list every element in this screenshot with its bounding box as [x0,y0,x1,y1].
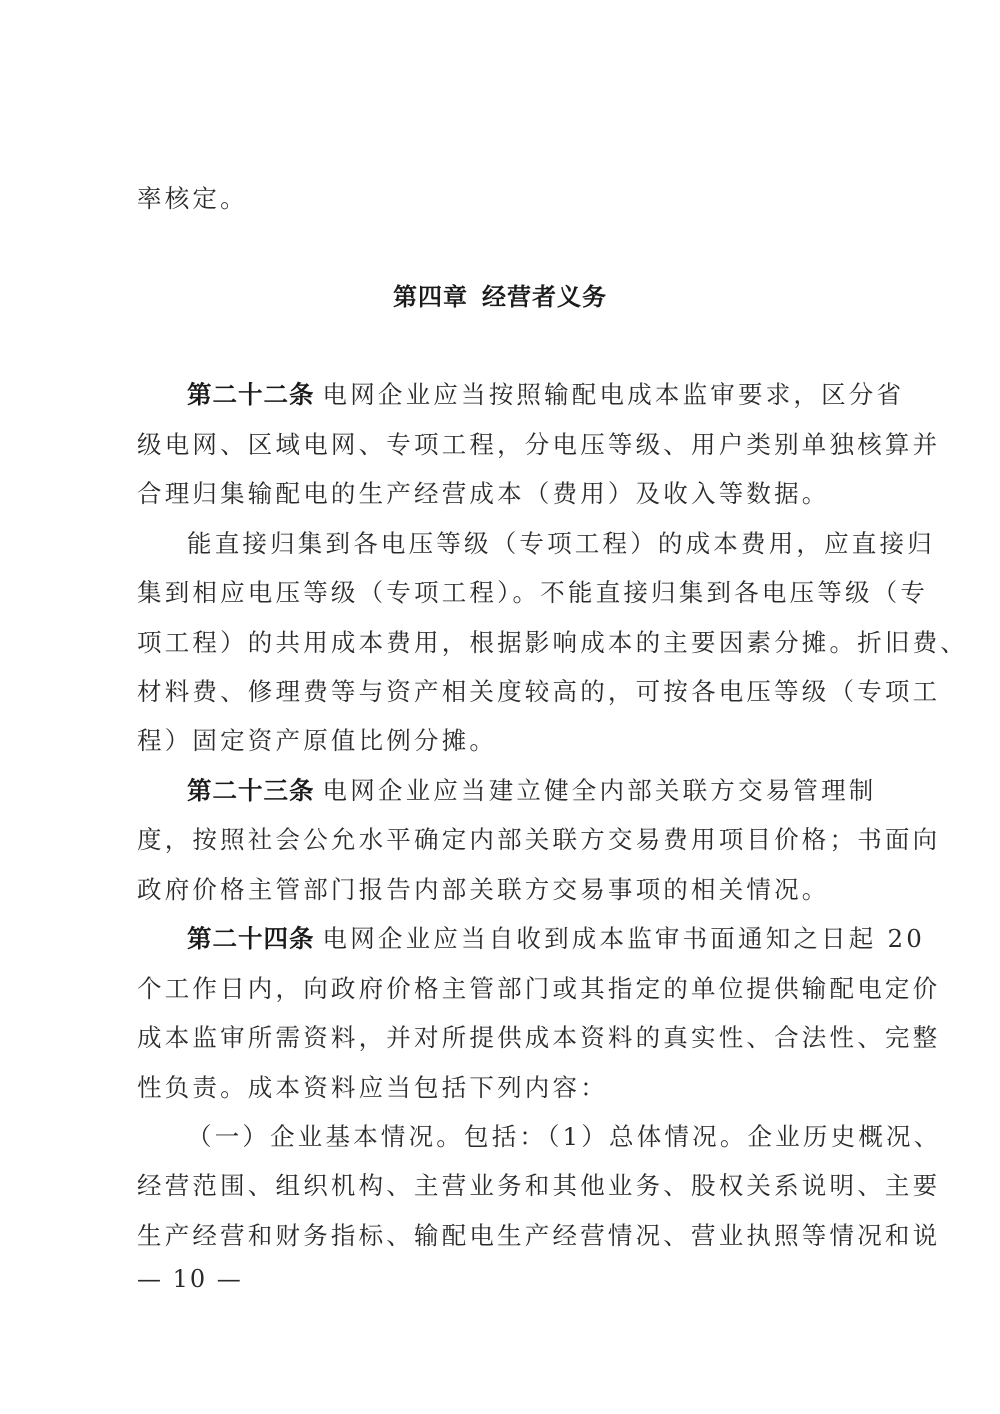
article-24-line-4: 性负责。成本资料应当包括下列内容： [137,1073,867,1103]
article-22-line-2: 级电网、区域电网、专项工程，分电压等级、用户类别单独核算并 [137,430,867,460]
article-24-line-1: 第二十四条电网企业应当自收到成本监审书面通知之日起 20 [187,924,867,954]
paragraph-line-2: 集到相应电压等级（专项工程）。不能直接归集到各电压等级（专 [137,578,867,608]
document-page: 率核定。 第四章经营者义务 第二十二条电网企业应当按照输配电成本监审要求，区分省… [0,0,1000,1414]
chapter-title: 第四章经营者义务 [0,282,1000,312]
paragraph-line-3: 项工程）的共用成本费用，根据影响成本的主要因素分摊。折旧费、 [137,628,867,658]
article-23-line-1: 第二十三条电网企业应当建立健全内部关联方交易管理制 [187,776,867,806]
article-text: 电网企业应当建立健全内部关联方交易管理制 [323,776,877,805]
article-text: 电网企业应当按照输配电成本监审要求，区分省 [323,380,905,409]
paragraph-line-4: 材料费、修理费等与资产相关度较高的，可按各电压等级（专项工 [137,677,867,707]
paragraph-line-5: 程）固定资产原值比例分摊。 [137,726,867,756]
article-22-line-3: 合理归集输配电的生产经营成本（费用）及收入等数据。 [137,479,867,509]
article-heading: 第二十二条 [187,380,315,409]
item-1-line-1: （一）企业基本情况。包括：（1）总体情况。企业历史概况、 [187,1122,867,1152]
page-number: — 10 — [137,1264,243,1294]
article-22-line-1: 第二十二条电网企业应当按照输配电成本监审要求，区分省 [187,380,867,410]
article-text: 电网企业应当自收到成本监审书面通知之日起 20 [323,924,926,953]
article-24-line-3: 成本监审所需资料，并对所提供成本资料的真实性、合法性、完整 [137,1023,867,1053]
paragraph-line-1: 能直接归集到各电压等级（专项工程）的成本费用，应直接归 [187,529,867,559]
article-heading: 第二十三条 [187,776,315,805]
article-heading: 第二十四条 [187,924,315,953]
chapter-number: 第四章 [393,283,468,311]
article-24-line-2: 个工作日内，向政府价格主管部门或其指定的单位提供输配电定价 [137,974,867,1004]
article-23-line-3: 政府价格主管部门报告内部关联方交易事项的相关情况。 [137,875,867,905]
chapter-name: 经营者义务 [482,283,607,311]
item-1-line-2: 经营范围、组织机构、主营业务和其他业务、股权关系说明、主要 [137,1171,867,1201]
article-23-line-2: 度，按照社会公允水平确定内部关联方交易费用项目价格；书面向 [137,825,867,855]
item-1-line-3: 生产经营和财务指标、输配电生产经营情况、营业执照等情况和说 [137,1221,867,1251]
continuation-text: 率核定。 [137,184,867,214]
